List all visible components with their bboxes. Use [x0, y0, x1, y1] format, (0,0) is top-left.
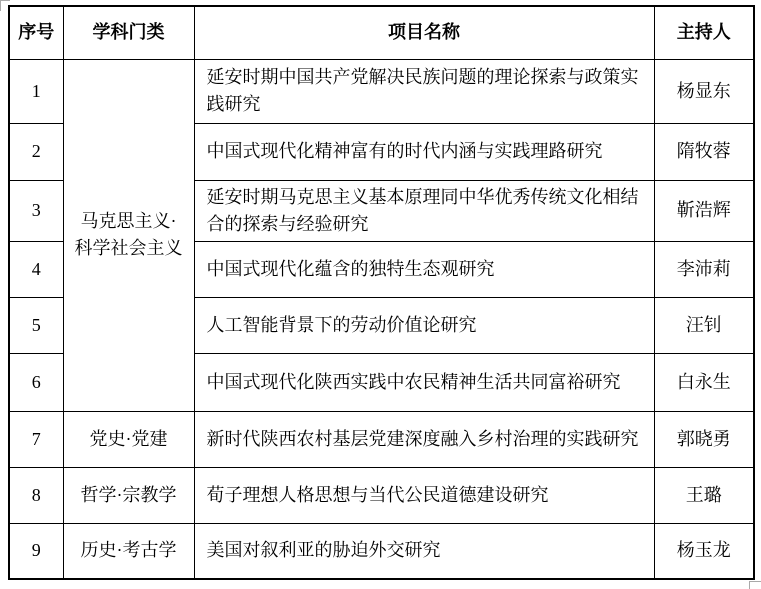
cell-num: 1: [9, 59, 63, 123]
cell-num: 6: [9, 353, 63, 411]
cell-project: 美国对叙利亚的胁迫外交研究: [194, 523, 654, 579]
cell-project: 延安时期中国共产党解决民族问题的理论探索与政策实 践研究: [194, 59, 654, 123]
cell-project: 新时代陕西农村基层党建深度融入乡村治理的实践研究: [194, 411, 654, 467]
cell-project: 中国式现代化陕西实践中农民精神生活共同富裕研究: [194, 353, 654, 411]
cell-category: 哲学·宗教学: [63, 467, 194, 523]
cell-category: 历史·考古学: [63, 523, 194, 579]
cell-num: 4: [9, 241, 63, 297]
cell-leader: 杨显东: [654, 59, 754, 123]
table-row: 9 历史·考古学 美国对叙利亚的胁迫外交研究 杨玉龙: [9, 523, 754, 579]
cell-category-merged: 马克思主义· 科学社会主义: [63, 59, 194, 411]
header-cell-leader: 主持人: [654, 6, 754, 59]
cell-leader: 白永生: [654, 353, 754, 411]
table-row: 1 马克思主义· 科学社会主义 延安时期中国共产党解决民族问题的理论探索与政策实…: [9, 59, 754, 123]
cell-project: 延安时期马克思主义基本原理同中华优秀传统文化相结 合的探索与经验研究: [194, 180, 654, 241]
cell-leader: 郭晓勇: [654, 411, 754, 467]
cell-project: 荀子理想人格思想与当代公民道德建设研究: [194, 467, 654, 523]
header-cell-category: 学科门类: [63, 6, 194, 59]
header-cell-num: 序号: [9, 6, 63, 59]
table-header-row: 序号 学科门类 项目名称 主持人: [9, 6, 754, 59]
header-cell-project: 项目名称: [194, 6, 654, 59]
cell-category: 党史·党建: [63, 411, 194, 467]
table-row: 7 党史·党建 新时代陕西农村基层党建深度融入乡村治理的实践研究 郭晓勇: [9, 411, 754, 467]
cell-leader: 杨玉龙: [654, 523, 754, 579]
cell-leader: 王璐: [654, 467, 754, 523]
cell-num: 5: [9, 297, 63, 353]
table-resize-handle-mark: [749, 581, 761, 589]
cell-num: 9: [9, 523, 63, 579]
cell-num: 7: [9, 411, 63, 467]
table-row: 8 哲学·宗教学 荀子理想人格思想与当代公民道德建设研究 王璐: [9, 467, 754, 523]
cell-num: 3: [9, 180, 63, 241]
cell-leader: 隋牧蓉: [654, 123, 754, 180]
cell-leader: 李沛莉: [654, 241, 754, 297]
research-projects-table: 序号 学科门类 项目名称 主持人 1 马克思主义· 科学社会主义 延安时期中国共…: [8, 5, 755, 580]
cell-project: 中国式现代化精神富有的时代内涵与实践理路研究: [194, 123, 654, 180]
cell-num: 2: [9, 123, 63, 180]
cell-project: 人工智能背景下的劳动价值论研究: [194, 297, 654, 353]
cell-leader: 靳浩辉: [654, 180, 754, 241]
cell-num: 8: [9, 467, 63, 523]
cell-leader: 汪钊: [654, 297, 754, 353]
cell-project: 中国式现代化蕴含的独特生态观研究: [194, 241, 654, 297]
